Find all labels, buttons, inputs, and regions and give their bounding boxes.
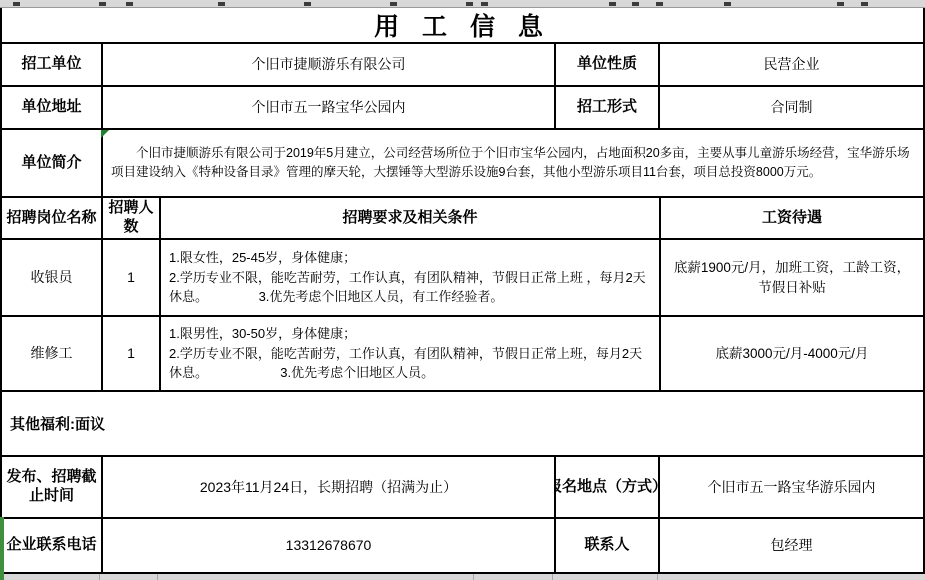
- top-strip-tick: [656, 2, 663, 6]
- recruit-unit-value[interactable]: 个旧市捷顺游乐有限公司: [101, 44, 554, 85]
- gridline-remnant: [473, 574, 474, 580]
- job-salary[interactable]: 底薪3000元/月-4000元/月: [659, 317, 923, 390]
- top-strip-tick: [837, 2, 844, 6]
- job-position[interactable]: 收银员: [2, 240, 101, 315]
- header-count[interactable]: 招聘人数: [101, 198, 159, 238]
- job-requirements[interactable]: 1.限女性，25-45岁，身体健康； 2.学历专业不限，能吃苦耐劳，工作认真，有…: [159, 240, 659, 315]
- recruit-unit-label[interactable]: 招工单位: [2, 44, 101, 85]
- top-strip-tick: [304, 2, 311, 6]
- gridline-remnant: [657, 574, 658, 580]
- top-strip-tick: [466, 2, 473, 6]
- recruit-form-label[interactable]: 招工形式: [554, 87, 658, 128]
- unit-nature-value[interactable]: 民营企业: [658, 44, 923, 85]
- unit-intro-label[interactable]: 单位简介: [2, 130, 101, 196]
- top-strip-tick: [126, 2, 133, 6]
- employment-info-sheet: 用 工 信 息 招工单位 个旧市捷顺游乐有限公司 单位性质 民营企业 单位地址 …: [0, 0, 925, 580]
- unit-address-label[interactable]: 单位地址: [2, 87, 101, 128]
- page-title: 用 工 信 息: [374, 7, 551, 43]
- company-phone-label[interactable]: 企业联系电话: [2, 519, 101, 572]
- gridline-remnant: [157, 574, 158, 580]
- apply-location-label-text: 报名地点（方式）: [554, 478, 658, 497]
- job-salary[interactable]: 底薪1900元/月，加班工资，工龄工资，节假日补贴: [659, 240, 923, 315]
- top-strip-tick: [861, 2, 868, 6]
- employment-info-table: 用 工 信 息 招工单位 个旧市捷顺游乐有限公司 单位性质 民营企业 单位地址 …: [0, 8, 925, 574]
- table-row: 招工单位 个旧市捷顺游乐有限公司 单位性质 民营企业: [2, 42, 923, 85]
- job-row: 收银员 1 1.限女性，25-45岁，身体健康； 2.学历专业不限，能吃苦耐劳，…: [2, 238, 923, 315]
- apply-location-value[interactable]: 个旧市五一路宝华游乐园内: [658, 457, 923, 517]
- other-benefits[interactable]: 其他福利:面议: [2, 392, 923, 455]
- title-row: 用 工 信 息: [2, 8, 923, 42]
- apply-location-label[interactable]: 报名地点（方式）: [554, 457, 658, 517]
- table-row: 其他福利:面议: [2, 390, 923, 455]
- header-requirements[interactable]: 招聘要求及相关条件: [159, 198, 659, 238]
- unit-intro-value[interactable]: 个旧市捷顺游乐有限公司于2019年5月建立，公司经营场所位于个旧市宝华公园内，占…: [101, 130, 923, 196]
- top-strip-tick: [609, 2, 616, 6]
- publish-deadline-label[interactable]: 发布、招聘截止时间: [2, 457, 101, 517]
- job-count[interactable]: 1: [101, 240, 159, 315]
- top-strip-tick: [481, 2, 488, 6]
- gridline-remnant: [99, 574, 100, 580]
- bottom-cutoff-row-strip: [0, 574, 925, 580]
- cell-error-indicator-triangle-icon: [101, 130, 109, 138]
- unit-intro-text: 个旧市捷顺游乐有限公司于2019年5月建立，公司经营场所位于个旧市宝华公园内，占…: [111, 144, 913, 183]
- header-position[interactable]: 招聘岗位名称: [2, 198, 101, 238]
- top-strip-tick: [13, 2, 20, 6]
- unit-nature-label[interactable]: 单位性质: [554, 44, 658, 85]
- contact-person-label[interactable]: 联系人: [554, 519, 658, 572]
- publish-deadline-value[interactable]: 2023年11月24日，长期招聘（招满为止）: [101, 457, 554, 517]
- unit-address-value[interactable]: 个旧市五一路宝华公园内: [101, 87, 554, 128]
- table-row: 企业联系电话 13312678670 联系人 包经理: [2, 517, 923, 572]
- job-requirements[interactable]: 1.限男性，30-50岁，身体健康； 2.学历专业不限，能吃苦耐劳，工作认真，有…: [159, 317, 659, 390]
- contact-person-value[interactable]: 包经理: [658, 519, 923, 572]
- table-row: 发布、招聘截止时间 2023年11月24日，长期招聘（招满为止） 报名地点（方式…: [2, 455, 923, 517]
- gridline-remnant: [552, 574, 553, 580]
- table-row: 单位地址 个旧市五一路宝华公园内 招工形式 合同制: [2, 85, 923, 128]
- top-strip-tick: [632, 2, 639, 6]
- table-row: 单位简介 个旧市捷顺游乐有限公司于2019年5月建立，公司经营场所位于个旧市宝华…: [2, 128, 923, 196]
- row-selection-indicator-bar: [0, 517, 4, 574]
- top-strip-tick: [99, 2, 106, 6]
- job-row: 维修工 1 1.限男性，30-50岁，身体健康； 2.学历专业不限，能吃苦耐劳，…: [2, 315, 923, 390]
- top-strip-tick: [724, 2, 731, 6]
- top-strip-tick: [390, 2, 397, 6]
- recruit-form-value[interactable]: 合同制: [658, 87, 923, 128]
- top-cutoff-row-strip: [0, 0, 925, 8]
- top-strip-tick: [218, 2, 225, 6]
- header-salary[interactable]: 工资待遇: [659, 198, 923, 238]
- company-phone-value[interactable]: 13312678670: [101, 519, 554, 572]
- jobs-header-row: 招聘岗位名称 招聘人数 招聘要求及相关条件 工资待遇: [2, 196, 923, 238]
- job-position[interactable]: 维修工: [2, 317, 101, 390]
- bottom-strip-green-mark: [0, 574, 4, 580]
- job-count[interactable]: 1: [101, 317, 159, 390]
